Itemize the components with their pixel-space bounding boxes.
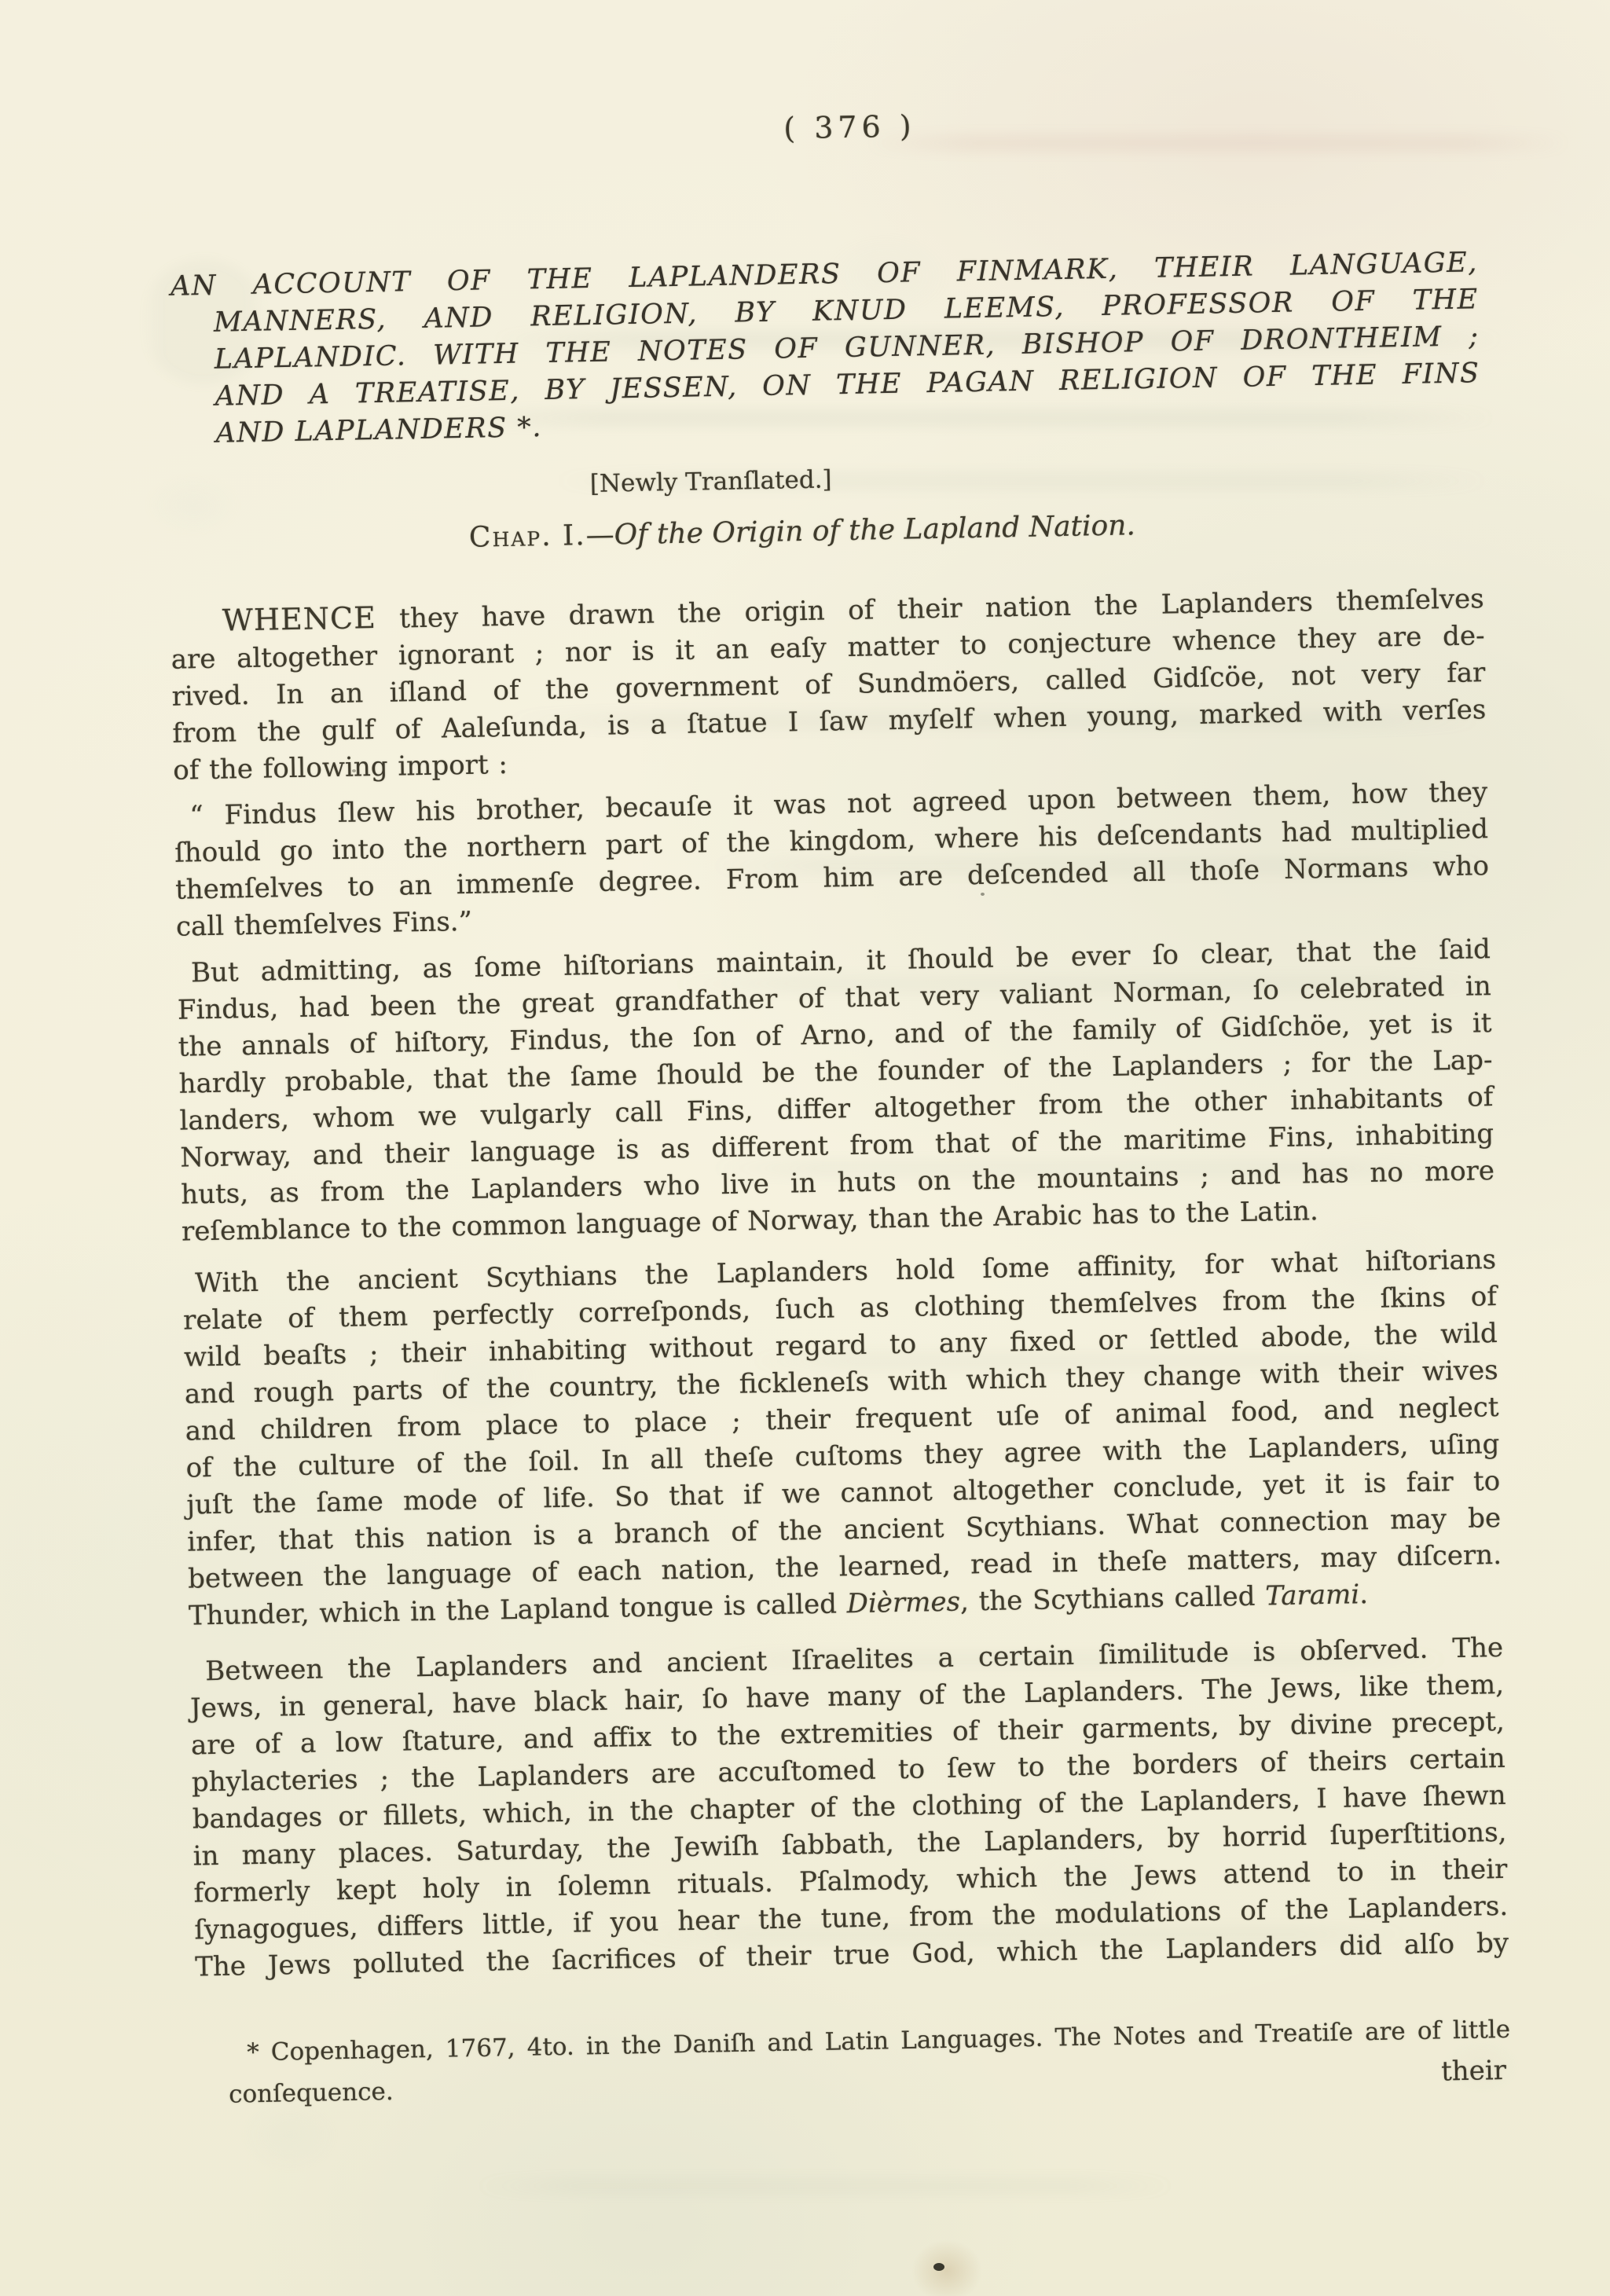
paragraph: But admitting, as ſome hiſtorians mainta…: [177, 931, 1496, 1251]
chapter-dash: —: [585, 519, 614, 552]
footnote-line: conſequence.: [197, 2071, 394, 2116]
text-fragment: .: [1359, 1579, 1369, 1610]
text-fragment: , the Scythians called: [960, 1580, 1266, 1617]
paragraph: Between the Laplanders and ancient Iſrae…: [189, 1630, 1509, 1986]
article-title: AN ACCOUNT OF THE LAPLANDERS OF FINMARK,…: [164, 244, 1481, 453]
page-number: ( 376 ): [161, 97, 1476, 159]
ink-speck: [933, 2263, 944, 2271]
page-content: ( 376 ) AN ACCOUNT OF THE LAPLANDERS OF …: [161, 97, 1511, 2115]
scanned-book-page: ( 376 ) AN ACCOUNT OF THE LAPLANDERS OF …: [0, 0, 1610, 2296]
chapter-heading: Chap. I.—Of the Origin of the Lapland Na…: [169, 501, 1483, 562]
italic-term: Dièrmes: [846, 1586, 960, 1620]
chapter-label: Chap. I.: [469, 519, 587, 554]
paragraph: With the ancient Scythians the Laplander…: [182, 1242, 1502, 1635]
paragraph: WHENCE they have drawn the origin of the…: [170, 579, 1487, 790]
bleed-through-line: [471, 2177, 1179, 2195]
italic-term: Tarami: [1265, 1579, 1360, 1612]
body-text: WHENCE they have drawn the origin of the…: [170, 579, 1509, 1986]
catchword: their: [1441, 2050, 1512, 2092]
stain-halo: [911, 2239, 982, 2296]
chapter-title: Of the Origin of the Lapland Nation.: [614, 509, 1135, 551]
quoted-paragraph: “ Findus ſlew his brother, becauſe it wa…: [174, 774, 1490, 946]
lead-word: WHENCE: [222, 600, 376, 638]
footnote: * Copenhagen, 1767, 4to. in the Daniſh a…: [196, 2009, 1512, 2116]
translated-note: [Newly Tranſlated.]: [167, 449, 1482, 511]
